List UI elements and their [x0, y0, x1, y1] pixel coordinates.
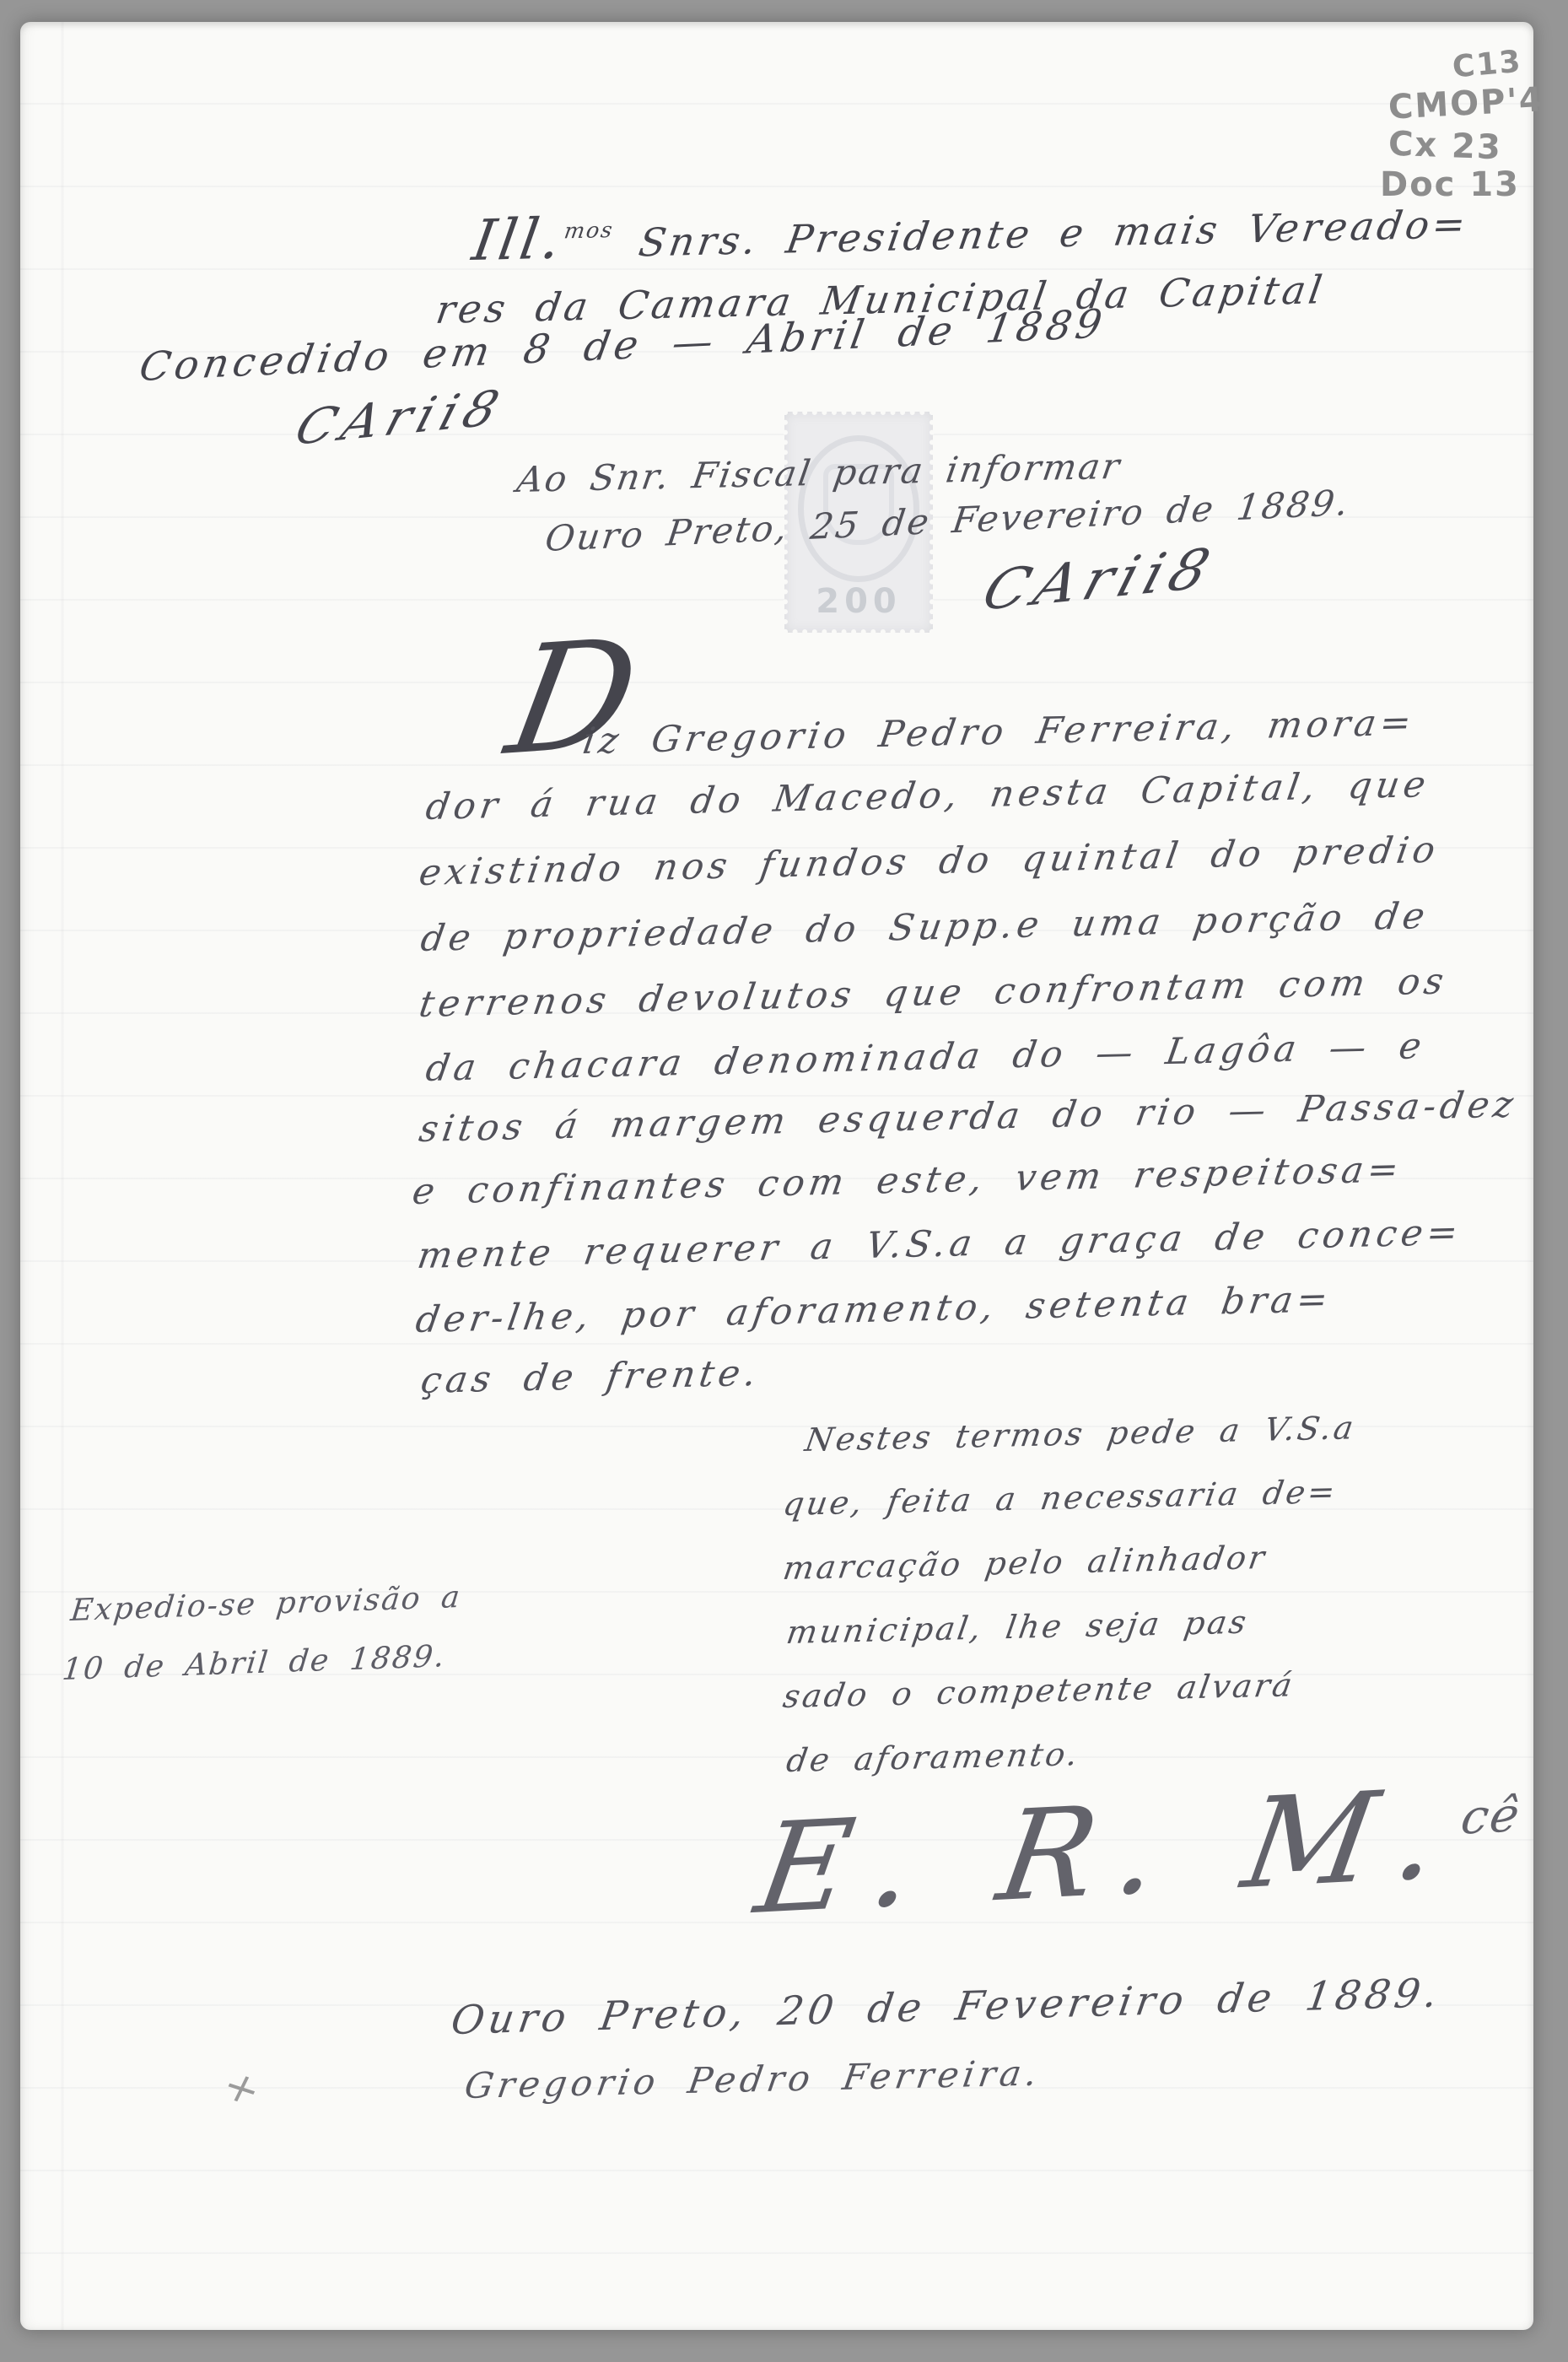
closing-line: de aforamento.: [784, 1738, 1082, 1777]
archival-mark-fonds: CMOP'4: [1387, 80, 1545, 127]
scanned-manuscript-page: C13 CMOP'4 Cx 23 Doc 13 200 Ill.mos Snrs…: [0, 0, 1568, 2362]
courtesy-formula: E. R. M.cê: [749, 1768, 1528, 1932]
body-line: ças de frente.: [418, 1356, 762, 1399]
stamp-value: 200: [784, 582, 933, 621]
archival-mark-box: Cx 23: [1387, 125, 1502, 168]
courtesy-superscript: cê: [1458, 1788, 1525, 1846]
abbrev-illmos: Ill.mos: [468, 204, 617, 273]
archival-mark-c13: C13: [1451, 44, 1523, 84]
